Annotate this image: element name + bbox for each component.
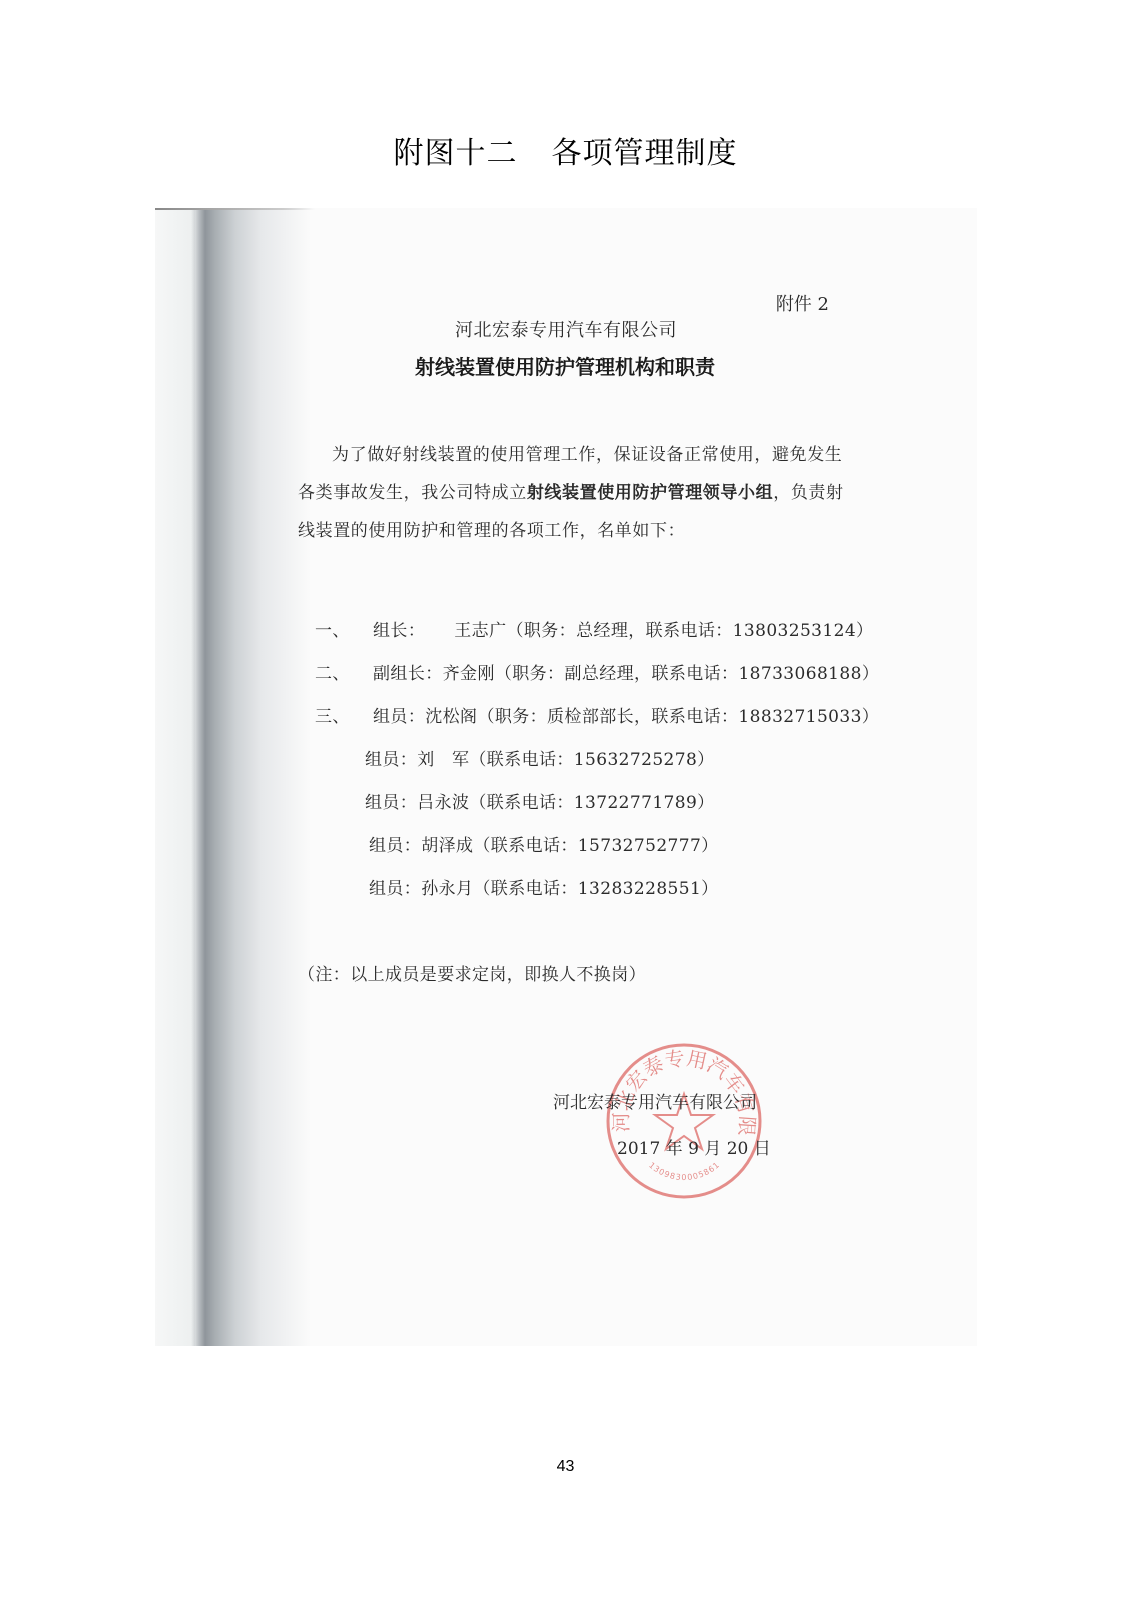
member-name: 刘 军: [417, 750, 469, 770]
page-number: 43: [0, 1458, 1131, 1476]
member-role: 副组长：: [373, 664, 443, 684]
member-name: 胡泽成: [421, 836, 473, 856]
member-role: 组员：: [365, 750, 417, 770]
member-name: 齐金刚: [443, 664, 495, 684]
member-row: 一、 组长： 王志广（职务：总经理，联系电话：13803253124）: [315, 616, 873, 641]
member-name: 孙永月: [421, 879, 473, 899]
member-name: 沈松阁: [425, 707, 477, 727]
member-name: 王志广: [454, 621, 506, 641]
annex-label: 附件 2: [776, 290, 829, 316]
member-prefix: 三、: [315, 707, 350, 727]
member-role: 组员：: [365, 793, 417, 813]
page-title-text: 各项管理制度: [552, 136, 738, 171]
member-row: 三、 组员：沈松阁（职务：质检部部长，联系电话：18832715033）: [315, 702, 879, 727]
member-detail: （职务：质检部部长，联系电话：18832715033）: [477, 707, 879, 727]
member-row: 组员：刘 军（联系电话：15632725278）: [365, 745, 715, 770]
company-seal-icon: 河北宏泰专用汽车有限公司 1309830005861: [603, 1040, 765, 1202]
member-row: 组员：吕永波（联系电话：13722771789）: [365, 788, 715, 813]
member-name: 吕永波: [417, 793, 469, 813]
intro-bold-text: 射线装置使用防护管理领导小组: [527, 483, 773, 503]
page-title-figure-number: 附图十二: [394, 136, 518, 171]
note-text: （注：以上成员是要求定岗，即换人不换岗）: [298, 960, 646, 985]
page-title: 附图十二各项管理制度: [0, 128, 1131, 172]
member-detail: （职务：副总经理，联系电话：18733068188）: [495, 664, 879, 684]
member-role: 组长：: [373, 621, 425, 641]
member-row: 组员：胡泽成（联系电话：15732752777）: [369, 831, 719, 856]
signature-date: 2017 年 9 月 20 日: [617, 1134, 771, 1159]
member-prefix: 二、: [315, 664, 350, 684]
member-detail: （职务：总经理，联系电话：13803253124）: [506, 621, 873, 641]
svg-text:1309830005861: 1309830005861: [647, 1160, 722, 1182]
company-name: 河北宏泰专用汽车有限公司: [455, 316, 677, 342]
member-detail: （联系电话：15732752777）: [473, 836, 718, 856]
member-role: 组员：: [369, 836, 421, 856]
document-title: 射线装置使用防护管理机构和职责: [415, 351, 715, 380]
scanned-document: 附件 2 河北宏泰专用汽车有限公司 射线装置使用防护管理机构和职责 为了做好射线…: [155, 208, 977, 1346]
member-role: 组员：: [373, 707, 425, 727]
member-row: 二、 副组长：齐金刚（职务：副总经理，联系电话：18733068188）: [315, 659, 879, 684]
member-detail: （联系电话：13722771789）: [469, 793, 714, 813]
intro-paragraph: 为了做好射线装置的使用管理工作，保证设备正常使用，避免发生各类事故发生，我公司特…: [298, 436, 858, 550]
member-row: 组员：孙永月（联系电话：13283228551）: [369, 874, 719, 899]
signature-company: 河北宏泰专用汽车有限公司: [553, 1088, 757, 1113]
member-detail: （联系电话：15632725278）: [469, 750, 714, 770]
member-detail: （联系电话：13283228551）: [473, 879, 718, 899]
member-prefix: 一、: [315, 621, 350, 641]
member-role: 组员：: [369, 879, 421, 899]
document-body: 附件 2 河北宏泰专用汽车有限公司 射线装置使用防护管理机构和职责 为了做好射线…: [155, 208, 977, 1346]
